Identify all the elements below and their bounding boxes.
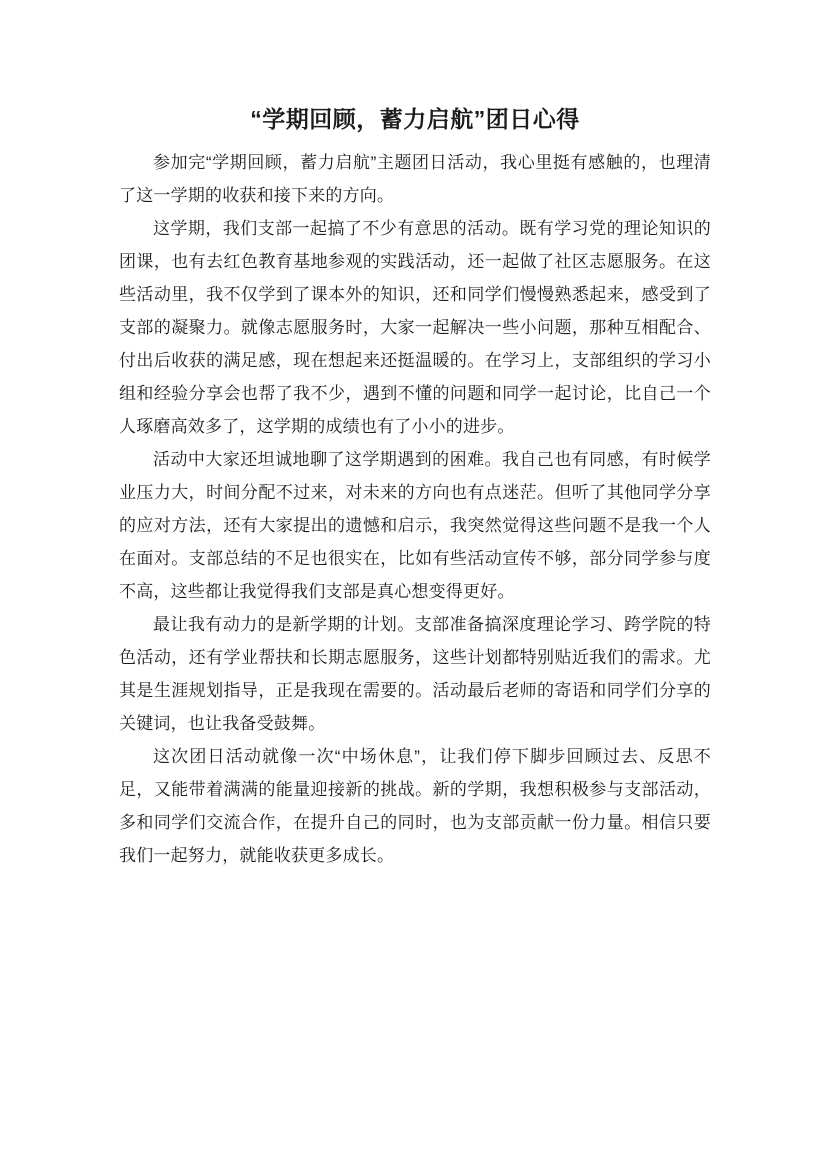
document-body: 参加完“学期回顾，蓄力启航”主题团日活动，我心里挺有感触的，也理清了这一学期的收… xyxy=(119,146,711,872)
document-title: “学期回顾，蓄力启航”团日心得 xyxy=(119,100,711,138)
paragraph-5: 这次团日活动就像一次“中场休息”，让我们停下脚步回顾过去、反思不足，又能带着满满… xyxy=(119,740,711,872)
paragraph-2: 这学期，我们支部一起搞了不少有意思的活动。既有学习党的理论知识的团课，也有去红色… xyxy=(119,212,711,443)
paragraph-3: 活动中大家还坦诚地聊了这学期遇到的困难。我自己也有同感，有时候学业压力大，时间分… xyxy=(119,443,711,608)
document-page: “学期回顾，蓄力启航”团日心得 参加完“学期回顾，蓄力启航”主题团日活动，我心里… xyxy=(0,0,830,1171)
paragraph-4: 最让我有动力的是新学期的计划。支部准备搞深度理论学习、跨学院的特色活动，还有学业… xyxy=(119,608,711,740)
paragraph-1: 参加完“学期回顾，蓄力启航”主题团日活动，我心里挺有感触的，也理清了这一学期的收… xyxy=(119,146,711,212)
